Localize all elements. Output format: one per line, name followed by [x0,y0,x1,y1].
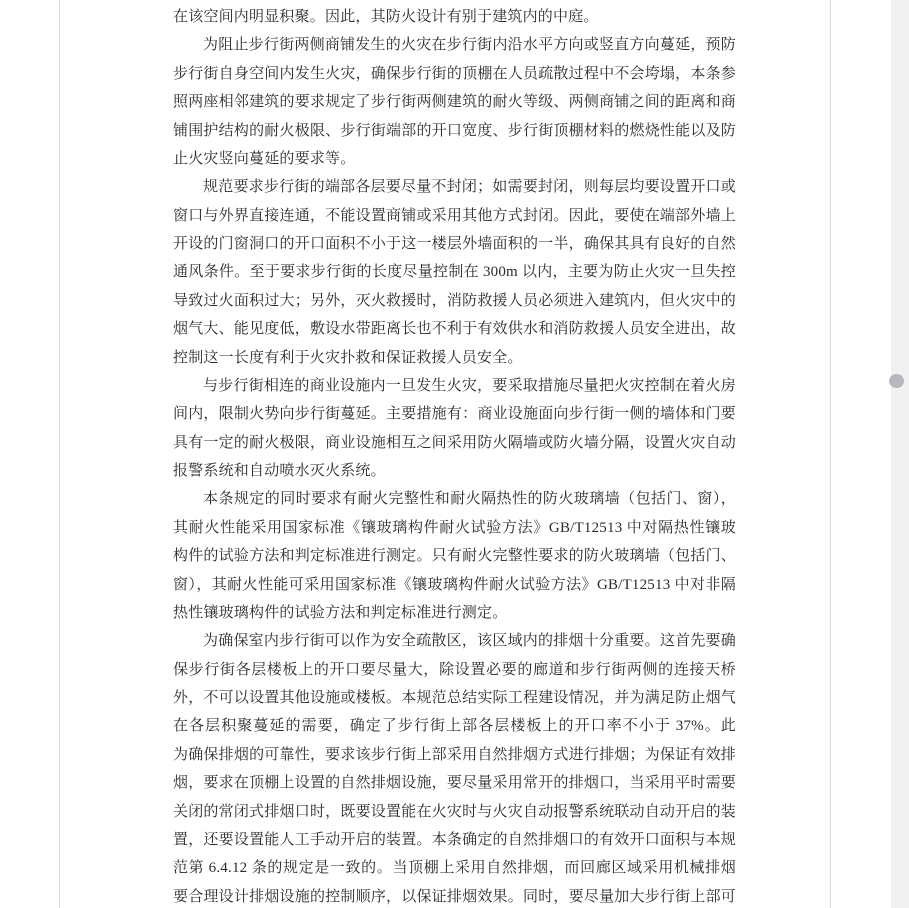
text-line: 为确保室内步行街可以作为安全疏散区，该区域内的排烟十分重要。这首先要确 [173,627,736,655]
text-line: 窗口与外界直接连通，不能设置商铺或采用其他方式封闭。因此，要使在端部外墙上 [173,202,736,230]
text-line: 其耐火性能采用国家标准《镶玻璃构件耐火试验方法》GB/T12513 中对隔热性镶… [173,514,736,542]
text-line: 规范要求步行街的端部各层要尽量不封闭；如需要封闭，则每层均要设置开口或 [173,173,736,201]
text-line: 构件的试验方法和判定标准进行测定。只有耐火完整性要求的防火玻璃墙（包括门、 [173,542,736,570]
text-line: 步行街自身空间内发生火灾，确保步行街的顶棚在人员疏散过程中不会垮塌，本条参 [173,60,736,88]
text-line: 导致过火面积过大；另外，灭火救援时，消防救援人员必须进入建筑内，但火灾中的 [173,287,736,315]
text-line: 置，还要设置能人工手动开启的装置。本条确定的自然排烟口的有效开口面积与本规 [173,826,736,854]
scrollbar-track[interactable] [891,0,909,908]
text-line: 热性镶玻璃构件的试验方法和判定标准进行测定。 [173,599,736,627]
text-line: 通风条件。至于要求步行街的长度尽量控制在 300m 以内，主要为防止火灾一旦失控 [173,258,736,286]
text-line: 在各层积聚蔓延的需要，确定了步行街上部各层楼板上的开口率不小于 37%。此外， [173,712,736,740]
text-line: 窗），其耐火性能可采用国家标准《镶玻璃构件耐火试验方法》GB/T12513 中对… [173,571,736,599]
text-line: 关闭的常闭式排烟口时，既要设置能在火灾时与火灾自动报警系统联动自动开启的装 [173,798,736,826]
text-line: 本条规定的同时要求有耐火完整性和耐火隔热性的防火玻璃墙（包括门、窗）， [173,485,736,513]
text-line: 与步行街相连的商业设施内一旦发生火灾，要采取措施尽量把火灾控制在着火房 [173,372,736,400]
text-line: 为确保排烟的可靠性，要求该步行街上部采用自然排烟方式进行排烟；为保证有效排 [173,741,736,769]
text-line: 为阻止步行街两侧商铺发生的火灾在步行街内沿水平方向或竖直方向蔓延，预防 [173,31,736,59]
text-line: 要合理设计排烟设施的控制顺序，以保证排烟效果。同时，要尽量加大步行街上部可 [173,883,736,908]
text-line: 铺围护结构的耐火极限、步行街端部的开口宽度、步行街顶棚材料的燃烧性能以及防 [173,117,736,145]
text-line: 在该空间内明显积聚。因此，其防火设计有别于建筑内的中庭。 [173,3,736,31]
document-page: 在该空间内明显积聚。因此，其防火设计有别于建筑内的中庭。为阻止步行街两侧商铺发生… [59,0,831,908]
text-line: 烟，要求在顶棚上设置的自然排烟设施，要尽量采用常开的排烟口，当采用平时需要 [173,769,736,797]
text-line: 保步行街各层楼板上的开口要尽量大，除设置必要的廊道和步行街两侧的连接天桥 [173,656,736,684]
text-line: 烟气大、能见度低，敷设水带距离长也不利于有效供水和消防救援人员安全进出，故 [173,315,736,343]
text-line: 间内，限制火势向步行街蔓延。主要措施有：商业设施面向步行街一侧的墙体和门要 [173,400,736,428]
text-line: 止火灾竖向蔓延的要求等。 [173,145,736,173]
page-text: 在该空间内明显积聚。因此，其防火设计有别于建筑内的中庭。为阻止步行街两侧商铺发生… [173,3,736,908]
scrollbar-thumb[interactable] [889,374,904,388]
text-line: 具有一定的耐火极限，商业设施相互之间采用防火隔墙或防火墙分隔，设置火灾自动 [173,429,736,457]
text-line: 照两座相邻建筑的要求规定了步行街两侧建筑的耐火等级、两侧商铺之间的距离和商 [173,88,736,116]
text-line: 外，不可以设置其他设施或楼板。本规范总结实际工程建设情况，并为满足防止烟气 [173,684,736,712]
text-line: 范第 6.4.12 条的规定是一致的。当顶棚上采用自然排烟，而回廊区域采用机械排… [173,854,736,882]
text-line: 报警系统和自动喷水灭火系统。 [173,457,736,485]
document-viewer: 在该空间内明显积聚。因此，其防火设计有别于建筑内的中庭。为阻止步行街两侧商铺发生… [0,0,909,908]
text-line: 开设的门窗洞口的开口面积不小于这一楼层外墙面积的一半，确保其具有良好的自然 [173,230,736,258]
text-line: 控制这一长度有利于火灾扑救和保证救援人员安全。 [173,344,736,372]
